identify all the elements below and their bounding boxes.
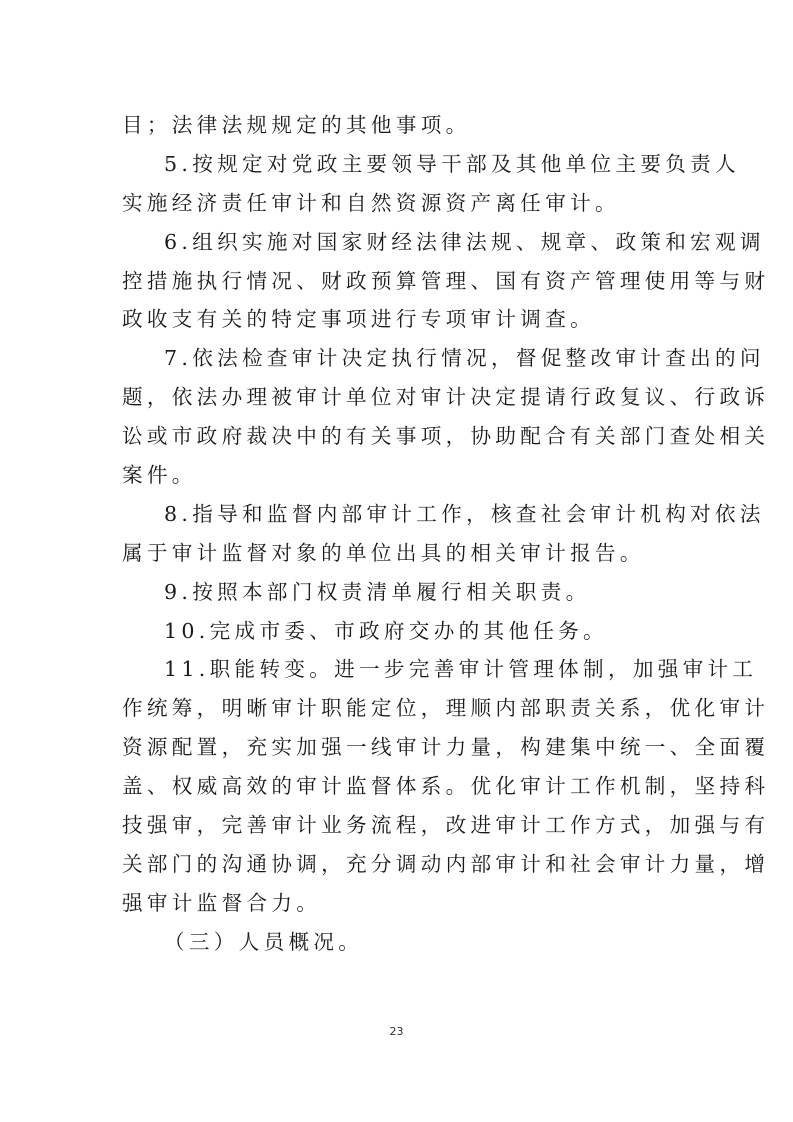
text-line: 关部门的沟通协调，充分调动内部审计和社会审计力量，增: [122, 845, 674, 884]
text-line: 资源配置，充实加强一线审计力量，构建集中统一、全面覆: [122, 728, 674, 767]
text-line: 政收支有关的特定事项进行专项审计调查。: [122, 300, 674, 339]
text-line: 8.指导和监督内部审计工作，核查社会审计机构对依法: [122, 495, 674, 534]
text-line: 题，依法办理被审计单位对审计决定提请行政复议、行政诉: [122, 378, 674, 417]
text-line: 9.按照本部门权责清单履行相关职责。: [122, 573, 674, 612]
text-line: 控措施执行情况、财政预算管理、国有资产管理使用等与财: [122, 262, 674, 301]
document-body: 目；法律法规规定的其他事项。 5.按规定对党政主要领导干部及其他单位主要负责人 …: [122, 106, 674, 962]
text-line: 属于审计监督对象的单位出具的相关审计报告。: [122, 534, 674, 573]
page-number: 23: [0, 1025, 793, 1038]
section-heading: （三）人员概况。: [122, 923, 674, 962]
text-line: 10.完成市委、市政府交办的其他任务。: [122, 612, 674, 651]
text-line: 技强审，完善审计业务流程，改进审计工作方式，加强与有: [122, 806, 674, 845]
text-line: 11.职能转变。进一步完善审计管理体制，加强审计工: [122, 650, 674, 689]
text-line: 实施经济责任审计和自然资源资产离任审计。: [122, 184, 674, 223]
text-line: 7.依法检查审计决定执行情况，督促整改审计查出的问: [122, 339, 674, 378]
text-line: 6.组织实施对国家财经法律法规、规章、政策和宏观调: [122, 223, 674, 262]
text-line: 5.按规定对党政主要领导干部及其他单位主要负责人: [122, 145, 674, 184]
text-line: 案件。: [122, 456, 674, 495]
text-line: 盖、权威高效的审计监督体系。优化审计工作机制，坚持科: [122, 767, 674, 806]
text-line: 强审计监督合力。: [122, 884, 674, 923]
text-line: 讼或市政府裁决中的有关事项，协助配合有关部门查处相关: [122, 417, 674, 456]
text-line: 作统筹，明晰审计职能定位，理顺内部职责关系，优化审计: [122, 689, 674, 728]
text-line: 目；法律法规规定的其他事项。: [122, 106, 674, 145]
document-page: 目；法律法规规定的其他事项。 5.按规定对党政主要领导干部及其他单位主要负责人 …: [0, 0, 793, 1122]
